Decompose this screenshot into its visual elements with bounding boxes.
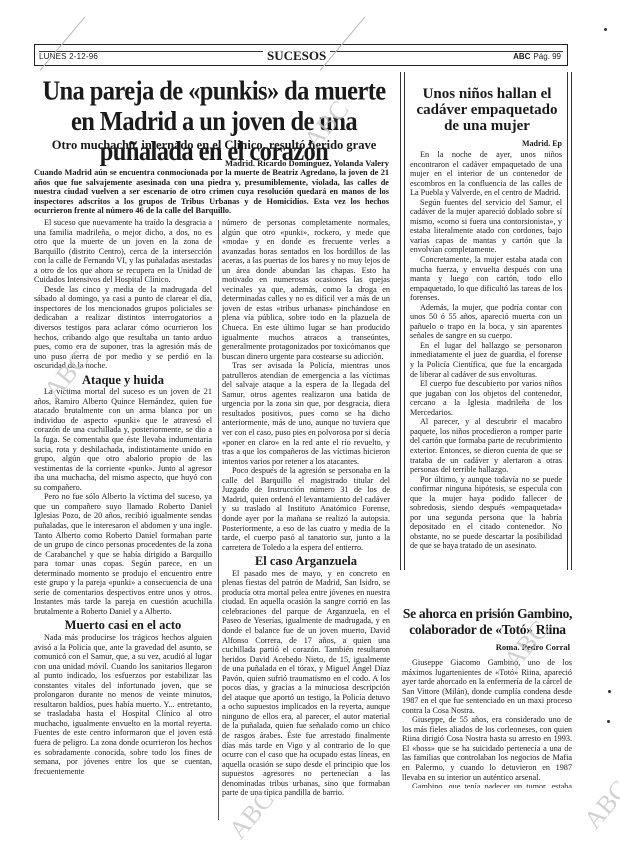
paragraph: Además, la mujer, que podría contar con … — [410, 303, 562, 341]
paragraph: Al parecer, y al descubrir el macabro pa… — [410, 417, 562, 474]
paragraph: Poco después de la agresión se personaba… — [222, 466, 390, 552]
gambino-headline: Se ahorca en prisión Gambino, colaborado… — [400, 606, 575, 638]
paragraph: En la noche de ayer, unos niños encontra… — [410, 150, 562, 198]
scan-speck — [604, 28, 607, 31]
gambino-byline: Roma. Pedro Corral — [400, 642, 570, 652]
paragraph: Tras ser avisada la Policía, mientras un… — [222, 361, 390, 466]
paragraph: El pasado mes de mayo, y en concreto en … — [222, 569, 390, 798]
paragraph: número de personas completamente normale… — [222, 218, 390, 361]
paper-name: ABC — [513, 52, 530, 61]
paragraph: El cuerpo fue descubierto por varios niñ… — [410, 379, 562, 417]
side-headline: Unos niños hallan el cadáver empaquetado… — [412, 86, 562, 134]
page-number: ABCPág. 99 — [513, 52, 561, 61]
issue-date: LUNES 2-12-96 — [39, 52, 98, 61]
paragraph: Según fuentes del servicio del Samur, el… — [410, 198, 562, 255]
paragraph: Concretamente, la mujer estaba atada con… — [410, 255, 562, 303]
main-subheadline: Otro muchacho, internado en el Clínico, … — [34, 138, 394, 153]
box-border-right — [567, 72, 572, 570]
page-label: Pág. 99 — [533, 52, 561, 61]
side-article-body: En la noche de ayer, unos niños encontra… — [410, 150, 562, 565]
scan-speck — [608, 690, 611, 693]
paragraph: Por último, y aunque todavía no se puede… — [410, 475, 562, 551]
main-column-2: número de personas completamente normale… — [222, 218, 390, 843]
paragraph: El suceso que nuevamente ha traído la de… — [34, 218, 212, 285]
main-byline: Madrid. Ricardo Domínguez, Yolanda Valer… — [34, 158, 389, 168]
section-title: SUCESOS — [263, 48, 330, 64]
main-headline: Una pareja de «punkis» da muerte en Madr… — [34, 76, 394, 167]
subhead-arganzuela: El caso Arganzuela — [222, 557, 390, 567]
main-lead-paragraph: Cuando Madrid aún se encuentra conmocion… — [34, 168, 389, 216]
paragraph: La víctima mortal del suceso es un joven… — [34, 387, 212, 492]
side-byline: Madrid. Ep — [412, 139, 562, 148]
gambino-article-body: Giuseppe Giacomo Gambino, uno de los máx… — [402, 658, 572, 788]
paragraph: Giuseppe Giacomo Gambino, uno de los máx… — [402, 658, 572, 715]
column-divider — [218, 220, 219, 820]
paragraph: Nada más producirse los trágicos hechos … — [34, 633, 212, 776]
paragraph: En el lugar del hallazgo se personaron i… — [410, 341, 562, 379]
page-header: LUNES 2-12-96 SUCESOS ABCPág. 99 — [34, 44, 568, 66]
paragraph: Desde las cinco y media de la madrugada … — [34, 285, 212, 371]
subhead-muerto: Muerto casi en el acto — [34, 621, 212, 631]
paragraph: Pero no fue sólo Alberto la víctima del … — [34, 492, 212, 616]
subhead-ataque: Ataque y huida — [34, 376, 212, 386]
box-border-left — [400, 72, 405, 570]
scan-speck — [607, 720, 610, 723]
main-column-1: El suceso que nuevamente ha traído la de… — [34, 218, 212, 843]
paragraph: Giuseppe, de 55 años, era considerado un… — [402, 715, 572, 782]
paragraph: Gambino, que tenía padecer un tumor, est… — [402, 782, 572, 788]
watermark-abc: ABC — [578, 775, 620, 835]
